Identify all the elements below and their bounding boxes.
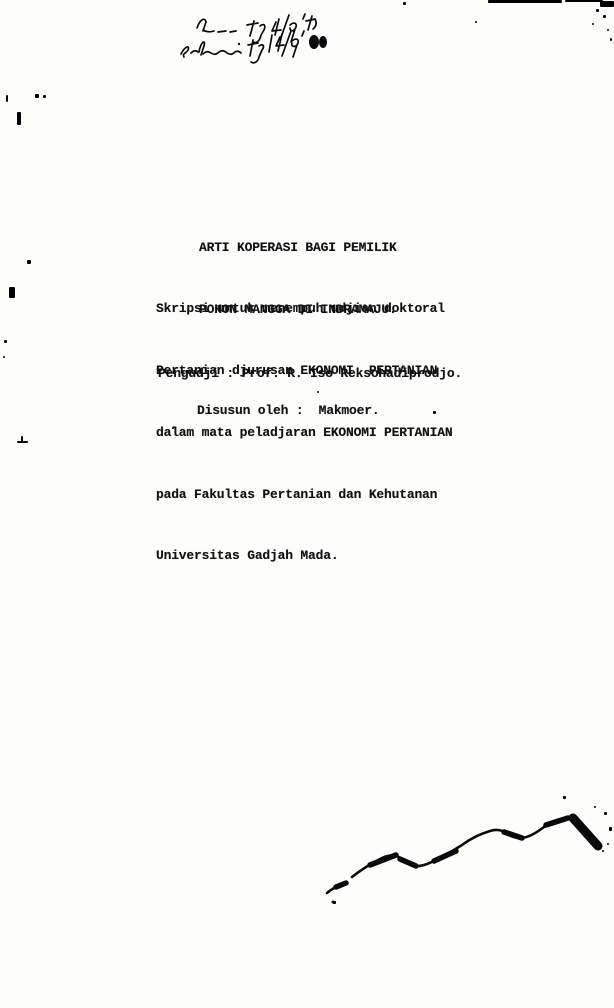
examiner-line: Pengudji : Prof. R. Iso Reksohadiprodjo.: [158, 364, 462, 384]
ink-speck: [475, 21, 477, 23]
ink-speck: [600, 1, 614, 7]
ink-speck: [6, 95, 8, 102]
body-line: Skripsi untuk menempuh udjian doktoral: [156, 299, 452, 320]
ink-speck: [602, 850, 604, 852]
ink-speck: [592, 23, 594, 25]
ink-speck: [43, 95, 46, 98]
ink-speck: [333, 901, 336, 904]
ink-speck: [9, 287, 15, 298]
ink-speck: [488, 0, 562, 3]
ink-speck: [4, 340, 7, 343]
ink-speck: [594, 806, 596, 808]
ink-speck: [563, 796, 566, 799]
title-line-1: ARTI KOPERASI BAGI PEMILIK: [199, 238, 397, 259]
ink-speck: [433, 411, 436, 414]
document-body: Skripsi untuk menempuh udjian doktoral P…: [156, 258, 452, 608]
ink-speck: [317, 391, 319, 393]
ink-speck: [596, 9, 599, 12]
ink-speck: [35, 94, 39, 98]
ink-speck: [565, 0, 603, 2]
body-line: Universitas Gadjah Mada.: [156, 546, 452, 567]
ink-speck: [3, 356, 5, 358]
body-line: pada Fakultas Pertanian dan Kehutanan: [156, 485, 452, 506]
ink-speck: [172, 427, 174, 429]
ink-speck: [604, 812, 607, 815]
ink-speck: [17, 112, 21, 125]
ink-speck: [603, 15, 606, 18]
handwritten-note: [150, 4, 350, 66]
ink-speck: [403, 2, 406, 5]
handwritten-note-line2: [181, 31, 327, 63]
ink-speck: [27, 260, 31, 264]
scanned-document-page: ARTI KOPERASI BAGI PEMILIK POHON MANGGA …: [0, 0, 614, 1008]
author-line: Disusun oleh : Makmoer.: [197, 401, 379, 421]
body-line: dalam mata peladjaran EKONOMI PERTANIAN: [156, 423, 452, 444]
ink-squiggle: [310, 788, 614, 912]
ink-speck: [610, 38, 612, 41]
ink-speck: [21, 436, 23, 442]
ink-speck: [607, 843, 609, 845]
ink-speck: [607, 29, 609, 31]
ink-speck: [609, 827, 612, 831]
handwritten-note-line1: [197, 14, 316, 43]
